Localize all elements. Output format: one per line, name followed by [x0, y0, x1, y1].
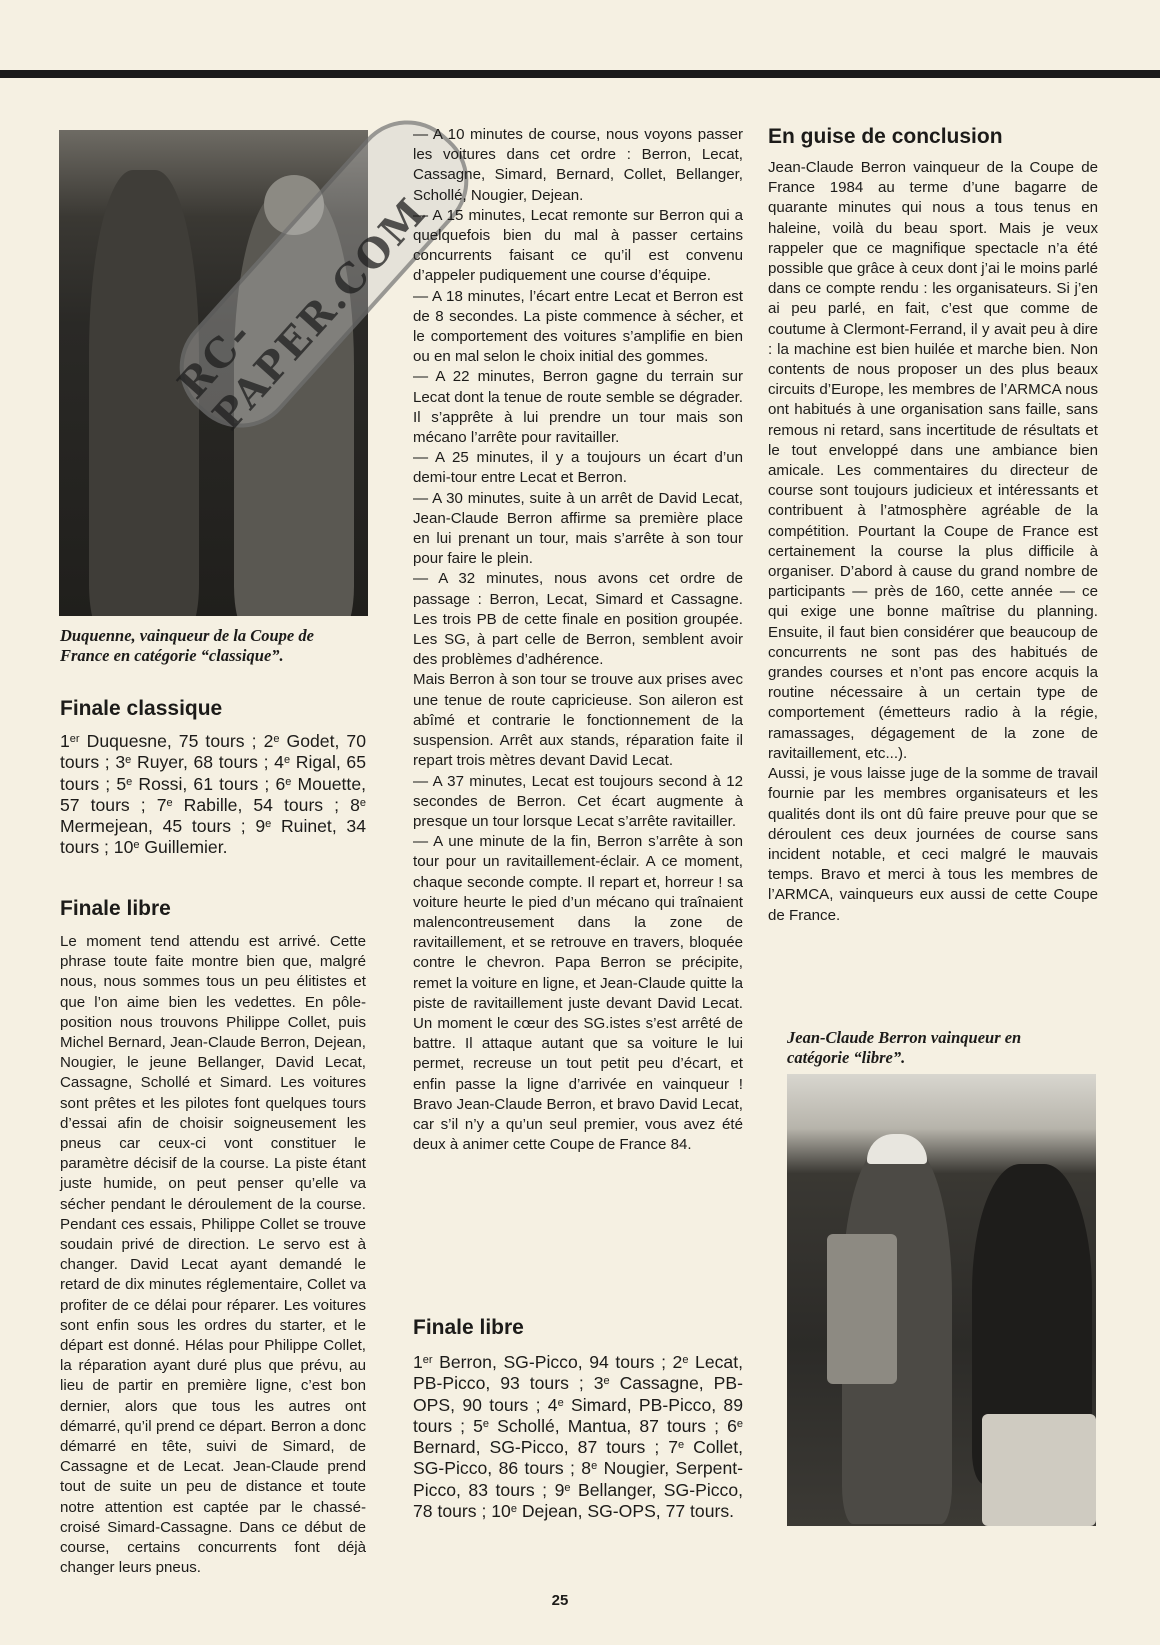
article-conclusion: Jean-Claude Berron vainqueur de la Coupe… [768, 158, 1098, 926]
result-text: Bernard, SG-Picco, 87 tours ; [413, 1437, 668, 1457]
result-entry: 1er Duquesne, 75 tours ; [60, 731, 264, 751]
result-text: Schollé, Mantua, 87 tours ; [489, 1416, 727, 1436]
result-entry: 7e Rabille, 54 tours ; [157, 795, 350, 815]
sg-cap-shape [867, 1134, 927, 1164]
result-entry: 10e Dejean, SG-OPS, 77 tours. [491, 1501, 734, 1521]
paragraph: Mais Berron à son tour se trouve aux pri… [413, 670, 743, 771]
result-text: Dejean, SG-OPS, 77 tours. [517, 1501, 734, 1521]
result-rank: 8 [350, 795, 360, 815]
trophy-shape [827, 1234, 897, 1384]
paragraph: Jean-Claude Berron vainqueur de la Coupe… [768, 158, 1098, 764]
result-rank: 4 [548, 1395, 558, 1415]
result-rank: 9 [255, 816, 265, 836]
result-rank: 10 [491, 1501, 511, 1521]
results-finale-classique: 1er Duquesne, 75 tours ; 2e Godet, 70 to… [60, 731, 366, 859]
result-rank: 8 [581, 1458, 591, 1478]
paragraph: — A 32 minutes, nous avons cet ordre de … [413, 569, 743, 670]
photo-caption-libre: Jean-Claude Berron vainqueur en catégori… [787, 1028, 1087, 1068]
paragraph: — A une minute de la fin, Berron s’arrêt… [413, 832, 743, 1155]
rank-suffix: er [70, 733, 80, 745]
heading-finale-libre-results: Finale libre [413, 1316, 524, 1340]
result-rank: 1 [413, 1352, 423, 1372]
result-text: Guillemier. [139, 837, 227, 857]
result-rank: 6 [275, 774, 285, 794]
heading-finale-classique: Finale classique [60, 697, 222, 721]
paragraph: Le moment tend attendu est arrivé. Cette… [60, 932, 366, 1579]
paragraph: — A 18 minutes, l’écart entre Lecat et B… [413, 287, 743, 368]
result-text: Rossi, 61 tours ; [132, 774, 275, 794]
article-finale-libre-paragraph: Le moment tend attendu est arrivé. Cette… [60, 932, 366, 1579]
result-text: Mermejean, 45 tours ; [60, 816, 255, 836]
rank-suffix: e [360, 797, 366, 809]
heading-finale-libre: Finale libre [60, 897, 171, 921]
result-entry: 5e Schollé, Mantua, 87 tours ; [473, 1416, 727, 1436]
result-text: Rabille, 54 tours ; [173, 795, 350, 815]
result-entry: 1er Berron, SG-Picco, 94 tours ; [413, 1352, 673, 1372]
paragraph: — A 25 minutes, il y a toujours un écart… [413, 448, 743, 488]
result-rank: 2 [673, 1352, 683, 1372]
result-rank: 7 [668, 1437, 678, 1457]
result-rank: 2 [264, 731, 274, 751]
result-rank: 5 [473, 1416, 483, 1436]
result-text: Duquesne, 75 tours ; [80, 731, 264, 751]
result-rank: 4 [274, 752, 284, 772]
result-rank: 1 [60, 731, 70, 751]
rank-suffix: e [737, 1418, 743, 1430]
result-rank: 9 [555, 1480, 565, 1500]
photo-caption-classique: Duquenne, vainqueur de la Coupe de Franc… [60, 626, 360, 666]
paragraph: — A 10 minutes de course, nous voyons pa… [413, 125, 743, 206]
result-rank: 3 [594, 1373, 604, 1393]
result-rank: 3 [115, 752, 125, 772]
page-number: 25 [540, 1592, 580, 1609]
result-entry: 5e Rossi, 61 tours ; [116, 774, 275, 794]
result-rank: 7 [157, 795, 167, 815]
paragraph: Aussi, je vous laisse juge de la somme d… [768, 764, 1098, 926]
result-entry: 3e Ruyer, 68 tours ; [115, 752, 274, 772]
result-rank: 5 [116, 774, 126, 794]
paragraph: — A 15 minutes, Lecat remonte sur Berron… [413, 206, 743, 287]
results-finale-libre: 1er Berron, SG-Picco, 94 tours ; 2e Leca… [413, 1352, 743, 1522]
article-race-progress: — A 10 minutes de course, nous voyons pa… [413, 125, 743, 1155]
result-rank: 6 [727, 1416, 737, 1436]
paragraph: — A 22 minutes, Berron gagne du terrain … [413, 367, 743, 448]
result-text: Berron, SG-Picco, 94 tours ; [433, 1352, 673, 1372]
photo-berron-trophy [787, 1074, 1096, 1526]
paragraph: — A 37 minutes, Lecat est toujours secon… [413, 772, 743, 833]
rank-suffix: er [423, 1354, 433, 1366]
paragraph: — A 30 minutes, suite à un arrêt de Davi… [413, 489, 743, 570]
person-left-silhouette [89, 170, 199, 616]
heading-conclusion: En guise de conclusion [768, 125, 1003, 149]
table-shape [982, 1414, 1096, 1526]
result-entry: 10e Guillemier. [114, 837, 228, 857]
result-rank: 10 [114, 837, 134, 857]
top-rule-divider [0, 70, 1160, 78]
result-text: Ruyer, 68 tours ; [131, 752, 274, 772]
